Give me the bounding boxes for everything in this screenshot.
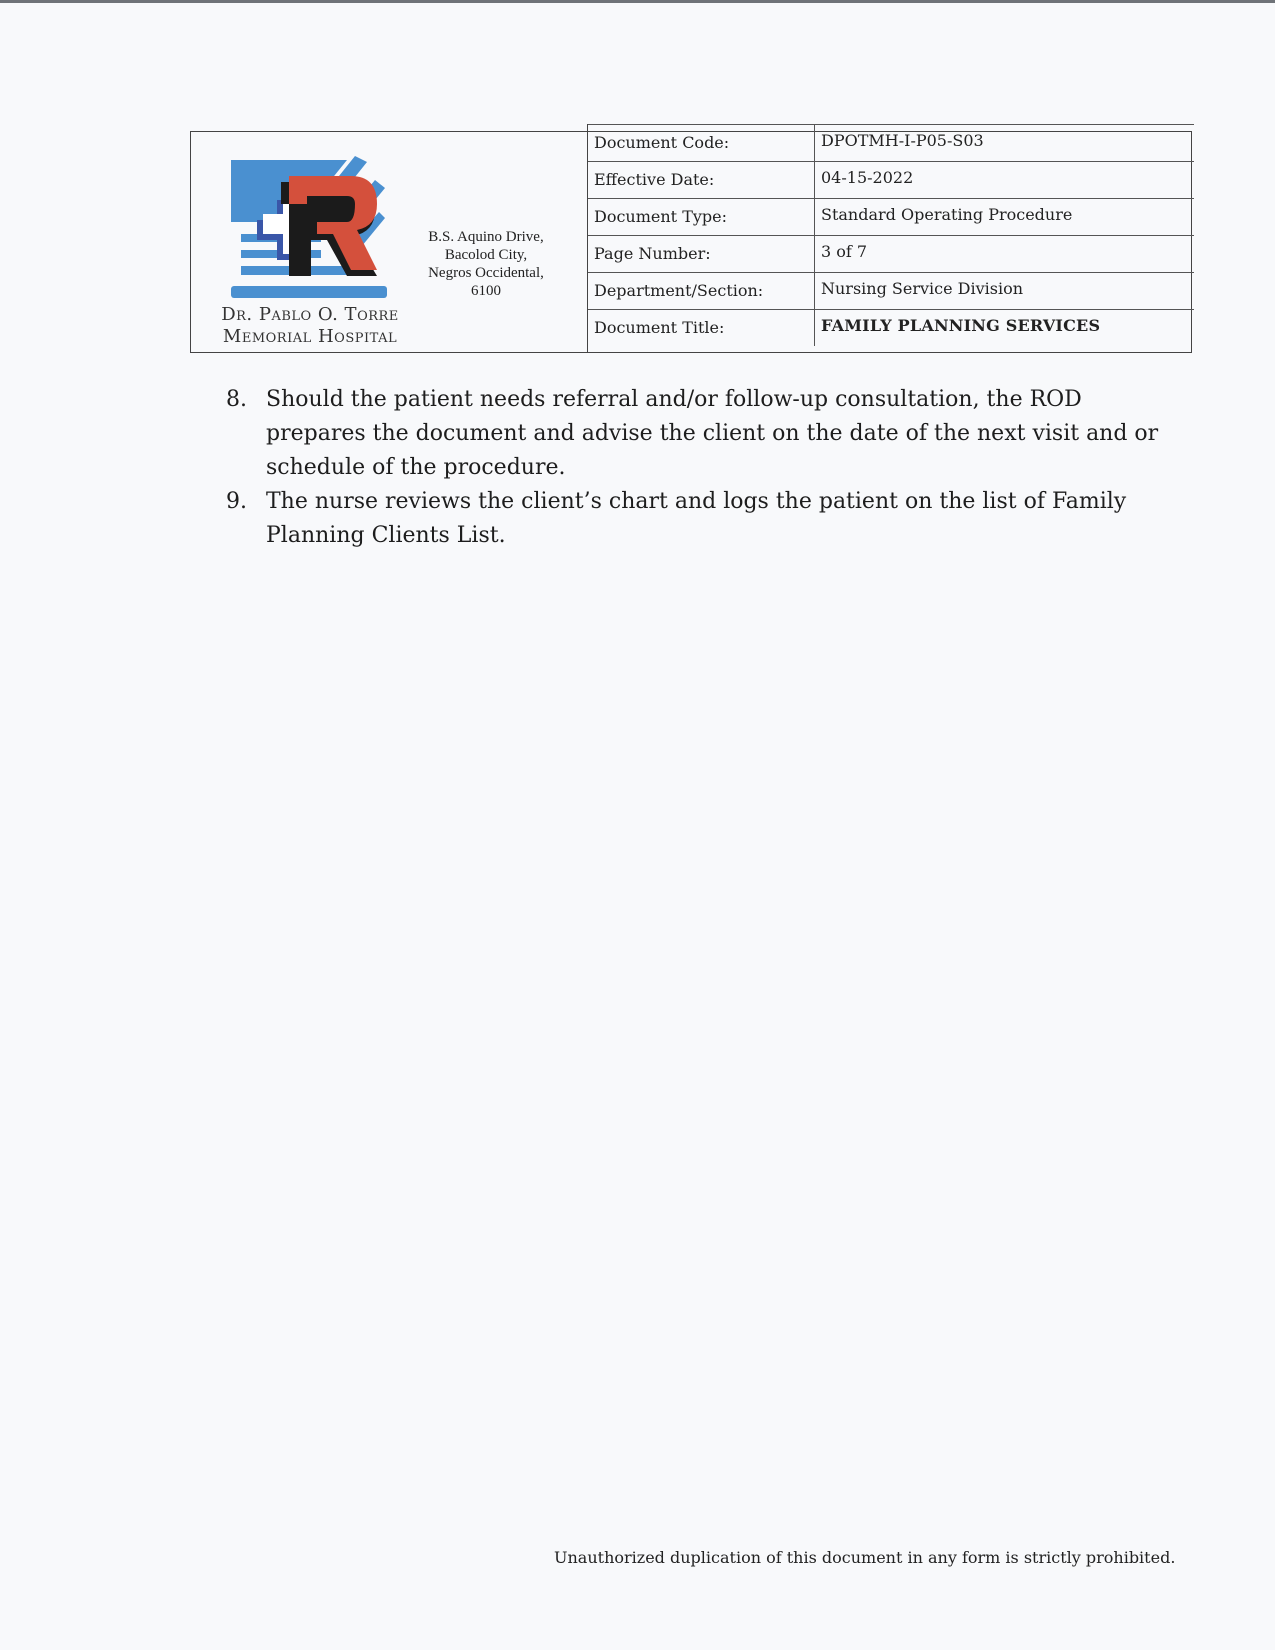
meta-row-document-title: Document Title: FAMILY PLANNING SERVICES xyxy=(588,309,1194,346)
step-number: 9. xyxy=(226,485,247,519)
meta-value: Standard Operating Procedure xyxy=(814,199,1194,235)
scan-top-edge xyxy=(0,0,1275,3)
hospital-address: B.S. Aquino Drive, Bacolod City, Negros … xyxy=(411,228,561,300)
document-meta-grid: Document Code: DPOTMH-I-P05-S03 Effectiv… xyxy=(587,124,1194,352)
address-line: 6100 xyxy=(411,282,561,300)
duplication-notice: Unauthorized duplication of this documen… xyxy=(554,1548,1194,1567)
procedure-step: 8. Should the patient needs referral and… xyxy=(226,383,1186,485)
meta-value: DPOTMH-I-P05-S03 xyxy=(814,125,1194,161)
step-text: The nurse reviews the client’s chart and… xyxy=(266,489,1126,548)
meta-label: Department/Section: xyxy=(594,281,763,300)
procedure-steps-list: 8. Should the patient needs referral and… xyxy=(226,383,1186,553)
meta-label: Document Title: xyxy=(594,318,724,337)
meta-row-effective-date: Effective Date: 04-15-2022 xyxy=(588,161,1194,198)
meta-label: Document Code: xyxy=(594,133,729,152)
address-line: Bacolod City, xyxy=(411,246,561,264)
address-line: Negros Occidental, xyxy=(411,264,561,282)
step-text: Should the patient needs referral and/or… xyxy=(266,387,1158,480)
meta-label: Effective Date: xyxy=(594,170,714,189)
meta-row-department: Department/Section: Nursing Service Divi… xyxy=(588,272,1194,309)
meta-row-document-code: Document Code: DPOTMH-I-P05-S03 xyxy=(588,124,1194,161)
meta-value: 3 of 7 xyxy=(814,236,1194,272)
document-header-table: Dr. Pablo O. Torre Memorial Hospital B.S… xyxy=(190,131,1192,353)
address-line: B.S. Aquino Drive, xyxy=(411,228,561,246)
hospital-name-line2: Memorial Hospital xyxy=(195,326,425,348)
hospital-logo-icon xyxy=(227,152,387,302)
hospital-name: Dr. Pablo O. Torre Memorial Hospital xyxy=(195,304,425,348)
document-title-value: FAMILY PLANNING SERVICES xyxy=(814,310,1194,346)
logo-cell: Dr. Pablo O. Torre Memorial Hospital B.S… xyxy=(191,132,587,352)
meta-row-document-type: Document Type: Standard Operating Proced… xyxy=(588,198,1194,235)
meta-value: 04-15-2022 xyxy=(814,162,1194,198)
meta-label: Page Number: xyxy=(594,244,711,263)
hospital-name-line1: Dr. Pablo O. Torre xyxy=(195,304,425,326)
meta-label: Document Type: xyxy=(594,207,727,226)
procedure-step: 9. The nurse reviews the client’s chart … xyxy=(226,485,1186,553)
step-number: 8. xyxy=(226,383,247,417)
meta-value: Nursing Service Division xyxy=(814,273,1194,309)
meta-row-page-number: Page Number: 3 of 7 xyxy=(588,235,1194,272)
